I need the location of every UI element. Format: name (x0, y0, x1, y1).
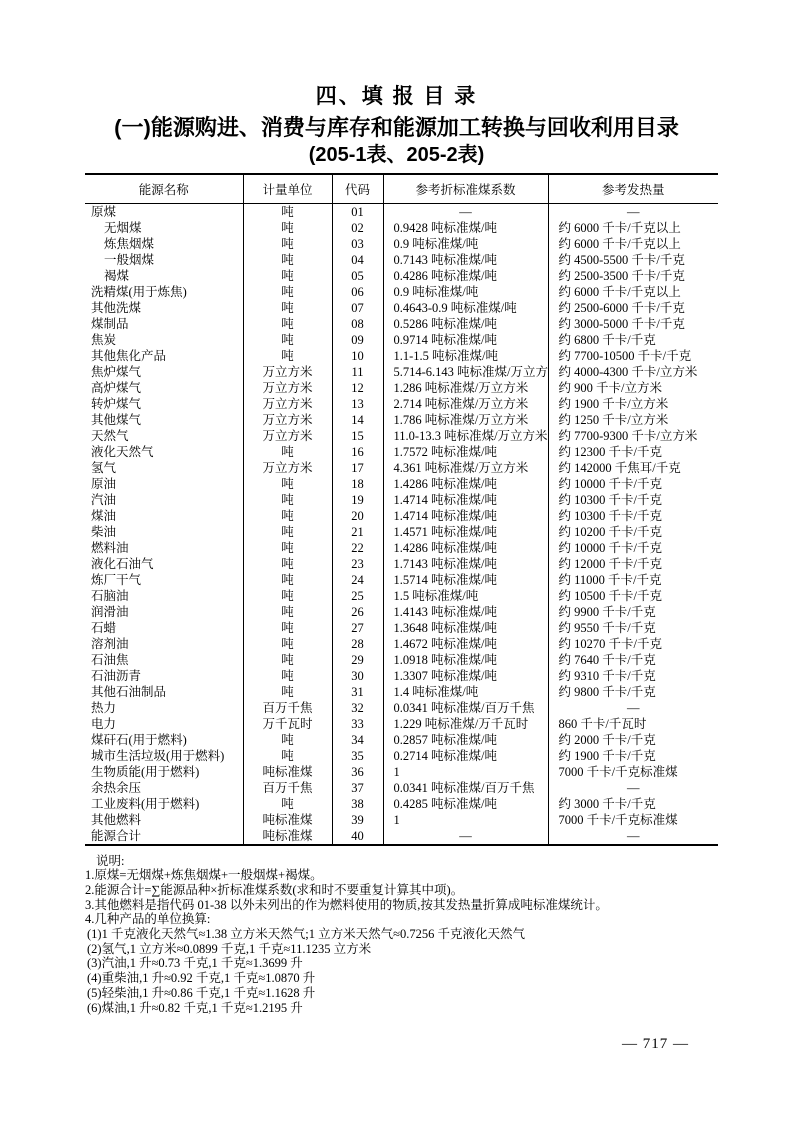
calorific-value-cell: — (548, 203, 718, 220)
code-cell: 07 (332, 300, 383, 316)
unit-cell: 吨 (243, 684, 332, 700)
code-cell: 01 (332, 203, 383, 220)
code-cell: 25 (332, 588, 383, 604)
calorific-value-cell: — (548, 780, 718, 796)
page-number: — 717 — (622, 1036, 689, 1053)
title-block: 四、填 报 目 录 (一)能源购进、消费与库存和能源加工转换与回收利用目录 (2… (0, 0, 793, 168)
calorific-value-cell: 约 12000 千卡/千克 (548, 556, 718, 572)
energy-name-cell: 工业废料(用于燃料) (85, 796, 243, 812)
table-row: 其他煤气万立方米141.786 吨标准煤/万立方米约 1250 千卡/立方米 (85, 412, 718, 428)
table-row: 柴油吨211.4571 吨标准煤/吨约 10200 千卡/千克 (85, 524, 718, 540)
table-row: 无烟煤吨020.9428 吨标准煤/吨约 6000 千卡/千克以上 (85, 220, 718, 236)
note-item: 2.能源合计=∑能源品种×折标准煤系数(求和时不要重复计算其中项)。 (85, 883, 725, 898)
coefficient-cell: 0.7143 吨标准煤/吨 (383, 252, 548, 268)
calorific-value-cell: — (548, 700, 718, 716)
calorific-value-cell: 约 1250 千卡/立方米 (548, 412, 718, 428)
calorific-value-cell: 约 2500-3500 千卡/千克 (548, 268, 718, 284)
unit-cell: 万立方米 (243, 396, 332, 412)
unit-cell: 吨 (243, 540, 332, 556)
table-row: 能源合计吨标准煤40—— (85, 828, 718, 845)
calorific-value-cell: 约 9550 千卡/千克 (548, 620, 718, 636)
energy-name-cell: 溶剂油 (85, 636, 243, 652)
calorific-value-cell: 约 10200 千卡/千克 (548, 524, 718, 540)
coefficient-cell: 1.5 吨标准煤/吨 (383, 588, 548, 604)
calorific-value-cell: — (548, 828, 718, 845)
code-cell: 12 (332, 380, 383, 396)
code-cell: 09 (332, 332, 383, 348)
code-cell: 11 (332, 364, 383, 380)
column-header-2: 代码 (332, 174, 383, 203)
coefficient-cell: 0.2857 吨标准煤/吨 (383, 732, 548, 748)
coefficient-cell: 1.286 吨标准煤/万立方米 (383, 380, 548, 396)
code-cell: 37 (332, 780, 383, 796)
unit-cell: 万立方米 (243, 380, 332, 396)
unit-cell: 吨 (243, 476, 332, 492)
unit-cell: 万立方米 (243, 428, 332, 444)
table-row: 余热余压百万千焦370.0341 吨标准煤/百万千焦— (85, 780, 718, 796)
notes-list: 1.原煤=无烟煤+炼焦烟煤+一般烟煤+褐煤。2.能源合计=∑能源品种×折标准煤系… (85, 868, 725, 1015)
table-row: 煤矸石(用于燃料)吨340.2857 吨标准煤/吨约 2000 千卡/千克 (85, 732, 718, 748)
energy-name-cell: 转炉煤气 (85, 396, 243, 412)
column-header-3: 参考折标准煤系数 (383, 174, 548, 203)
table-row: 洗精煤(用于炼焦)吨060.9 吨标准煤/吨约 6000 千卡/千克以上 (85, 284, 718, 300)
energy-name-cell: 汽油 (85, 492, 243, 508)
energy-name-cell: 其他煤气 (85, 412, 243, 428)
notes-section: 说明: 1.原煤=无烟煤+炼焦烟煤+一般烟煤+褐煤。2.能源合计=∑能源品种×折… (85, 854, 725, 1016)
unit-cell: 吨 (243, 203, 332, 220)
calorific-value-cell: 约 10000 千卡/千克 (548, 476, 718, 492)
coefficient-cell: 0.4286 吨标准煤/吨 (383, 268, 548, 284)
calorific-value-cell: 约 1900 千卡/千克 (548, 748, 718, 764)
code-cell: 14 (332, 412, 383, 428)
table-row: 焦炉煤气万立方米115.714-6.143 吨标准煤/万立方米约 4000-43… (85, 364, 718, 380)
unit-cell: 吨 (243, 652, 332, 668)
energy-name-cell: 洗精煤(用于炼焦) (85, 284, 243, 300)
energy-name-cell: 石油沥青 (85, 668, 243, 684)
table-row: 热力百万千焦320.0341 吨标准煤/百万千焦— (85, 700, 718, 716)
unit-cell: 百万千焦 (243, 700, 332, 716)
energy-name-cell: 煤制品 (85, 316, 243, 332)
code-cell: 20 (332, 508, 383, 524)
table-row: 其他石油制品吨311.4 吨标准煤/吨约 9800 千卡/千克 (85, 684, 718, 700)
code-cell: 33 (332, 716, 383, 732)
table-row: 燃料油吨221.4286 吨标准煤/吨约 10000 千卡/千克 (85, 540, 718, 556)
unit-cell: 吨 (243, 492, 332, 508)
unit-cell: 吨 (243, 332, 332, 348)
unit-cell: 吨标准煤 (243, 764, 332, 780)
table-row: 石油焦吨291.0918 吨标准煤/吨约 7640 千卡/千克 (85, 652, 718, 668)
energy-name-cell: 其他石油制品 (85, 684, 243, 700)
code-cell: 10 (332, 348, 383, 364)
code-cell: 35 (332, 748, 383, 764)
table-row: 其他燃料吨标准煤3917000 千卡/千克标准煤 (85, 812, 718, 828)
coefficient-cell: 0.9428 吨标准煤/吨 (383, 220, 548, 236)
code-cell: 02 (332, 220, 383, 236)
coefficient-cell: 0.0341 吨标准煤/百万千焦 (383, 700, 548, 716)
calorific-value-cell: 约 10500 千卡/千克 (548, 588, 718, 604)
unit-cell: 吨 (243, 620, 332, 636)
code-cell: 23 (332, 556, 383, 572)
table-row: 工业废料(用于燃料)吨380.4285 吨标准煤/吨约 3000 千卡/千克 (85, 796, 718, 812)
code-cell: 24 (332, 572, 383, 588)
calorific-value-cell: 约 142000 千焦耳/千克 (548, 460, 718, 476)
energy-name-cell: 焦炉煤气 (85, 364, 243, 380)
coefficient-cell: — (383, 828, 548, 845)
table-row: 石油沥青吨301.3307 吨标准煤/吨约 9310 千卡/千克 (85, 668, 718, 684)
coefficient-cell: 1.786 吨标准煤/万立方米 (383, 412, 548, 428)
calorific-value-cell: 7000 千卡/千克标准煤 (548, 764, 718, 780)
calorific-value-cell: 约 9310 千卡/千克 (548, 668, 718, 684)
unit-cell: 吨 (243, 444, 332, 460)
coefficient-cell: 1 (383, 812, 548, 828)
table-row: 一般烟煤吨040.7143 吨标准煤/吨约 4500-5500 千卡/千克 (85, 252, 718, 268)
notes-label: 说明: (85, 854, 725, 869)
table-numbers-subtitle: (205-1表、205-2表) (0, 143, 793, 168)
energy-name-cell: 一般烟煤 (85, 252, 243, 268)
energy-name-cell: 热力 (85, 700, 243, 716)
code-cell: 22 (332, 540, 383, 556)
note-item: (5)轻柴油,1 升≈0.86 千克,1 千克≈1.1628 升 (85, 986, 725, 1001)
code-cell: 18 (332, 476, 383, 492)
calorific-value-cell: 约 12300 千卡/千克 (548, 444, 718, 460)
energy-name-cell: 液化天然气 (85, 444, 243, 460)
table-row: 其他洗煤吨070.4643-0.9 吨标准煤/吨约 2500-6000 千卡/千… (85, 300, 718, 316)
coefficient-cell: 1.1-1.5 吨标准煤/吨 (383, 348, 548, 364)
code-cell: 40 (332, 828, 383, 845)
table-row: 天然气万立方米1511.0-13.3 吨标准煤/万立方米约 7700-9300 … (85, 428, 718, 444)
calorific-value-cell: 约 1900 千卡/立方米 (548, 396, 718, 412)
calorific-value-cell: 约 3000 千卡/千克 (548, 796, 718, 812)
unit-cell: 吨 (243, 316, 332, 332)
code-cell: 34 (332, 732, 383, 748)
column-header-1: 计量单位 (243, 174, 332, 203)
energy-name-cell: 其他洗煤 (85, 300, 243, 316)
unit-cell: 吨 (243, 748, 332, 764)
code-cell: 31 (332, 684, 383, 700)
table-row: 溶剂油吨281.4672 吨标准煤/吨约 10270 千卡/千克 (85, 636, 718, 652)
energy-name-cell: 余热余压 (85, 780, 243, 796)
energy-name-cell: 无烟煤 (85, 220, 243, 236)
unit-cell: 吨 (243, 524, 332, 540)
calorific-value-cell: 约 11000 千卡/千克 (548, 572, 718, 588)
table-row: 石蜡吨271.3648 吨标准煤/吨约 9550 千卡/千克 (85, 620, 718, 636)
coefficient-cell: 5.714-6.143 吨标准煤/万立方米 (383, 364, 548, 380)
calorific-value-cell: 约 4000-4300 千卡/立方米 (548, 364, 718, 380)
code-cell: 03 (332, 236, 383, 252)
calorific-value-cell: 约 2500-6000 千卡/千克 (548, 300, 718, 316)
energy-name-cell: 燃料油 (85, 540, 243, 556)
calorific-value-cell: 约 7700-10500 千卡/千克 (548, 348, 718, 364)
note-item: (6)煤油,1 升≈0.82 千克,1 千克≈1.2195 升 (85, 1001, 725, 1016)
unit-cell: 吨 (243, 236, 332, 252)
code-cell: 38 (332, 796, 383, 812)
code-cell: 32 (332, 700, 383, 716)
note-item: (4)重柴油,1 升≈0.92 千克,1 千克≈1.0870 升 (85, 971, 725, 986)
unit-cell: 吨标准煤 (243, 828, 332, 845)
note-item: 4.几种产品的单位换算: (85, 912, 725, 927)
coefficient-cell: 4.361 吨标准煤/万立方米 (383, 460, 548, 476)
code-cell: 29 (332, 652, 383, 668)
calorific-value-cell: 约 7640 千卡/千克 (548, 652, 718, 668)
calorific-value-cell: 860 千卡/千瓦时 (548, 716, 718, 732)
unit-cell: 吨 (243, 220, 332, 236)
unit-cell: 吨 (243, 252, 332, 268)
table-row: 润滑油吨261.4143 吨标准煤/吨约 9900 千卡/千克 (85, 604, 718, 620)
coefficient-cell: 11.0-13.3 吨标准煤/万立方米 (383, 428, 548, 444)
calorific-value-cell: 约 10300 千卡/千克 (548, 492, 718, 508)
calorific-value-cell: 约 900 千卡/立方米 (548, 380, 718, 396)
code-cell: 28 (332, 636, 383, 652)
code-cell: 16 (332, 444, 383, 460)
energy-name-cell: 煤矸石(用于燃料) (85, 732, 243, 748)
coefficient-cell: 1.7143 吨标准煤/吨 (383, 556, 548, 572)
energy-name-cell: 炼焦烟煤 (85, 236, 243, 252)
unit-cell: 百万千焦 (243, 780, 332, 796)
calorific-value-cell: 约 6000 千卡/千克以上 (548, 284, 718, 300)
note-item: (1)1 千克液化天然气≈1.38 立方米天然气;1 立方米天然气≈0.7256… (85, 927, 725, 942)
code-cell: 39 (332, 812, 383, 828)
unit-cell: 吨 (243, 636, 332, 652)
coefficient-cell: 0.9 吨标准煤/吨 (383, 236, 548, 252)
energy-name-cell: 天然气 (85, 428, 243, 444)
unit-cell: 万立方米 (243, 412, 332, 428)
calorific-value-cell: 约 6000 千卡/千克以上 (548, 236, 718, 252)
energy-name-cell: 电力 (85, 716, 243, 732)
table-row: 液化石油气吨231.7143 吨标准煤/吨约 12000 千卡/千克 (85, 556, 718, 572)
table-row: 石脑油吨251.5 吨标准煤/吨约 10500 千卡/千克 (85, 588, 718, 604)
energy-name-cell: 能源合计 (85, 828, 243, 845)
energy-name-cell: 润滑油 (85, 604, 243, 620)
calorific-value-cell: 约 9800 千卡/千克 (548, 684, 718, 700)
coefficient-cell: 1.4714 吨标准煤/吨 (383, 492, 548, 508)
unit-cell: 吨 (243, 732, 332, 748)
unit-cell: 吨 (243, 268, 332, 284)
unit-cell: 吨标准煤 (243, 812, 332, 828)
table-row: 煤制品吨080.5286 吨标准煤/吨约 3000-5000 千卡/千克 (85, 316, 718, 332)
coefficient-cell: 0.4285 吨标准煤/吨 (383, 796, 548, 812)
calorific-value-cell: 约 7700-9300 千卡/立方米 (548, 428, 718, 444)
coefficient-cell: 0.5286 吨标准煤/吨 (383, 316, 548, 332)
column-header-4: 参考发热量 (548, 174, 718, 203)
energy-name-cell: 石蜡 (85, 620, 243, 636)
code-cell: 19 (332, 492, 383, 508)
table-row: 电力万千瓦时331.229 吨标准煤/万千瓦时860 千卡/千瓦时 (85, 716, 718, 732)
coefficient-cell: 1.0918 吨标准煤/吨 (383, 652, 548, 668)
coefficient-cell: 1.229 吨标准煤/万千瓦时 (383, 716, 548, 732)
coefficient-cell: 1 (383, 764, 548, 780)
table-row: 褐煤吨050.4286 吨标准煤/吨约 2500-3500 千卡/千克 (85, 268, 718, 284)
coefficient-cell: 0.4643-0.9 吨标准煤/吨 (383, 300, 548, 316)
catalog-title: (一)能源购进、消费与库存和能源加工转换与回收利用目录 (0, 114, 793, 142)
unit-cell: 吨 (243, 572, 332, 588)
coefficient-cell: 1.4286 吨标准煤/吨 (383, 476, 548, 492)
calorific-value-cell: 约 4500-5500 千卡/千克 (548, 252, 718, 268)
energy-name-cell: 石脑油 (85, 588, 243, 604)
coefficient-cell: 2.714 吨标准煤/万立方米 (383, 396, 548, 412)
code-cell: 26 (332, 604, 383, 620)
energy-name-cell: 柴油 (85, 524, 243, 540)
energy-name-cell: 炼厂干气 (85, 572, 243, 588)
coefficient-cell: 1.5714 吨标准煤/吨 (383, 572, 548, 588)
calorific-value-cell: 约 9900 千卡/千克 (548, 604, 718, 620)
unit-cell: 吨 (243, 508, 332, 524)
coefficient-cell: 0.9 吨标准煤/吨 (383, 284, 548, 300)
table-row: 高炉煤气万立方米121.286 吨标准煤/万立方米约 900 千卡/立方米 (85, 380, 718, 396)
code-cell: 04 (332, 252, 383, 268)
unit-cell: 吨 (243, 300, 332, 316)
coefficient-cell: — (383, 203, 548, 220)
energy-name-cell: 原煤 (85, 203, 243, 220)
energy-name-cell: 褐煤 (85, 268, 243, 284)
calorific-value-cell: 约 6000 千卡/千克以上 (548, 220, 718, 236)
code-cell: 21 (332, 524, 383, 540)
unit-cell: 吨 (243, 588, 332, 604)
unit-cell: 万千瓦时 (243, 716, 332, 732)
calorific-value-cell: 约 6800 千卡/千克 (548, 332, 718, 348)
calorific-value-cell: 7000 千卡/千克标准煤 (548, 812, 718, 828)
column-header-0: 能源名称 (85, 174, 243, 203)
energy-name-cell: 生物质能(用于燃料) (85, 764, 243, 780)
coefficient-cell: 0.2714 吨标准煤/吨 (383, 748, 548, 764)
document-page: 四、填 报 目 录 (一)能源购进、消费与库存和能源加工转换与回收利用目录 (2… (0, 0, 793, 1122)
energy-catalog-table: 能源名称计量单位代码参考折标准煤系数参考发热量 原煤吨01——无烟煤吨020.9… (85, 173, 718, 846)
code-cell: 06 (332, 284, 383, 300)
note-item: 3.其他燃料是指代码 01-38 以外未列出的作为燃料使用的物质,按其发热量折算… (85, 898, 725, 913)
coefficient-cell: 1.3307 吨标准煤/吨 (383, 668, 548, 684)
energy-name-cell: 焦炭 (85, 332, 243, 348)
note-item: (3)汽油,1 升≈0.73 千克,1 千克≈1.3699 升 (85, 956, 725, 971)
energy-name-cell: 煤油 (85, 508, 243, 524)
table-row: 城市生活垃圾(用于燃料)吨350.2714 吨标准煤/吨约 1900 千卡/千克 (85, 748, 718, 764)
code-cell: 05 (332, 268, 383, 284)
energy-name-cell: 液化石油气 (85, 556, 243, 572)
coefficient-cell: 1.3648 吨标准煤/吨 (383, 620, 548, 636)
table-row: 其他焦化产品吨101.1-1.5 吨标准煤/吨约 7700-10500 千卡/千… (85, 348, 718, 364)
code-cell: 15 (332, 428, 383, 444)
table-header-row: 能源名称计量单位代码参考折标准煤系数参考发热量 (85, 174, 718, 203)
energy-name-cell: 石油焦 (85, 652, 243, 668)
coefficient-cell: 1.4714 吨标准煤/吨 (383, 508, 548, 524)
table-row: 液化天然气吨161.7572 吨标准煤/吨约 12300 千卡/千克 (85, 444, 718, 460)
note-item: (2)氢气,1 立方米≈0.0899 千克,1 千克≈11.1235 立方米 (85, 942, 725, 957)
unit-cell: 吨 (243, 556, 332, 572)
unit-cell: 吨 (243, 796, 332, 812)
code-cell: 36 (332, 764, 383, 780)
unit-cell: 吨 (243, 284, 332, 300)
unit-cell: 吨 (243, 348, 332, 364)
note-item: 1.原煤=无烟煤+炼焦烟煤+一般烟煤+褐煤。 (85, 868, 725, 883)
table-row: 炼焦烟煤吨030.9 吨标准煤/吨约 6000 千卡/千克以上 (85, 236, 718, 252)
code-cell: 30 (332, 668, 383, 684)
coefficient-cell: 1.4 吨标准煤/吨 (383, 684, 548, 700)
code-cell: 17 (332, 460, 383, 476)
code-cell: 13 (332, 396, 383, 412)
code-cell: 27 (332, 620, 383, 636)
energy-name-cell: 原油 (85, 476, 243, 492)
energy-name-cell: 氢气 (85, 460, 243, 476)
calorific-value-cell: 约 10300 千卡/千克 (548, 508, 718, 524)
unit-cell: 吨 (243, 668, 332, 684)
table-row: 汽油吨191.4714 吨标准煤/吨约 10300 千卡/千克 (85, 492, 718, 508)
table-row: 煤油吨201.4714 吨标准煤/吨约 10300 千卡/千克 (85, 508, 718, 524)
table-row: 焦炭吨090.9714 吨标准煤/吨约 6800 千卡/千克 (85, 332, 718, 348)
coefficient-cell: 0.0341 吨标准煤/百万千焦 (383, 780, 548, 796)
coefficient-cell: 1.4143 吨标准煤/吨 (383, 604, 548, 620)
coefficient-cell: 1.7572 吨标准煤/吨 (383, 444, 548, 460)
coefficient-cell: 1.4286 吨标准煤/吨 (383, 540, 548, 556)
coefficient-cell: 0.9714 吨标准煤/吨 (383, 332, 548, 348)
energy-name-cell: 其他焦化产品 (85, 348, 243, 364)
code-cell: 08 (332, 316, 383, 332)
table-row: 转炉煤气万立方米132.714 吨标准煤/万立方米约 1900 千卡/立方米 (85, 396, 718, 412)
table-row: 原煤吨01—— (85, 203, 718, 220)
calorific-value-cell: 约 2000 千卡/千克 (548, 732, 718, 748)
unit-cell: 万立方米 (243, 364, 332, 380)
energy-name-cell: 高炉煤气 (85, 380, 243, 396)
table-row: 原油吨181.4286 吨标准煤/吨约 10000 千卡/千克 (85, 476, 718, 492)
coefficient-cell: 1.4571 吨标准煤/吨 (383, 524, 548, 540)
table-row: 氢气万立方米174.361 吨标准煤/万立方米约 142000 千焦耳/千克 (85, 460, 718, 476)
calorific-value-cell: 约 10270 千卡/千克 (548, 636, 718, 652)
calorific-value-cell: 约 3000-5000 千卡/千克 (548, 316, 718, 332)
energy-table-body: 原煤吨01——无烟煤吨020.9428 吨标准煤/吨约 6000 千卡/千克以上… (85, 203, 718, 845)
section-title: 四、填 报 目 录 (0, 84, 793, 110)
table-row: 生物质能(用于燃料)吨标准煤3617000 千卡/千克标准煤 (85, 764, 718, 780)
unit-cell: 吨 (243, 604, 332, 620)
table-row: 炼厂干气吨241.5714 吨标准煤/吨约 11000 千卡/千克 (85, 572, 718, 588)
coefficient-cell: 1.4672 吨标准煤/吨 (383, 636, 548, 652)
energy-name-cell: 其他燃料 (85, 812, 243, 828)
calorific-value-cell: 约 10000 千卡/千克 (548, 540, 718, 556)
energy-name-cell: 城市生活垃圾(用于燃料) (85, 748, 243, 764)
unit-cell: 万立方米 (243, 460, 332, 476)
